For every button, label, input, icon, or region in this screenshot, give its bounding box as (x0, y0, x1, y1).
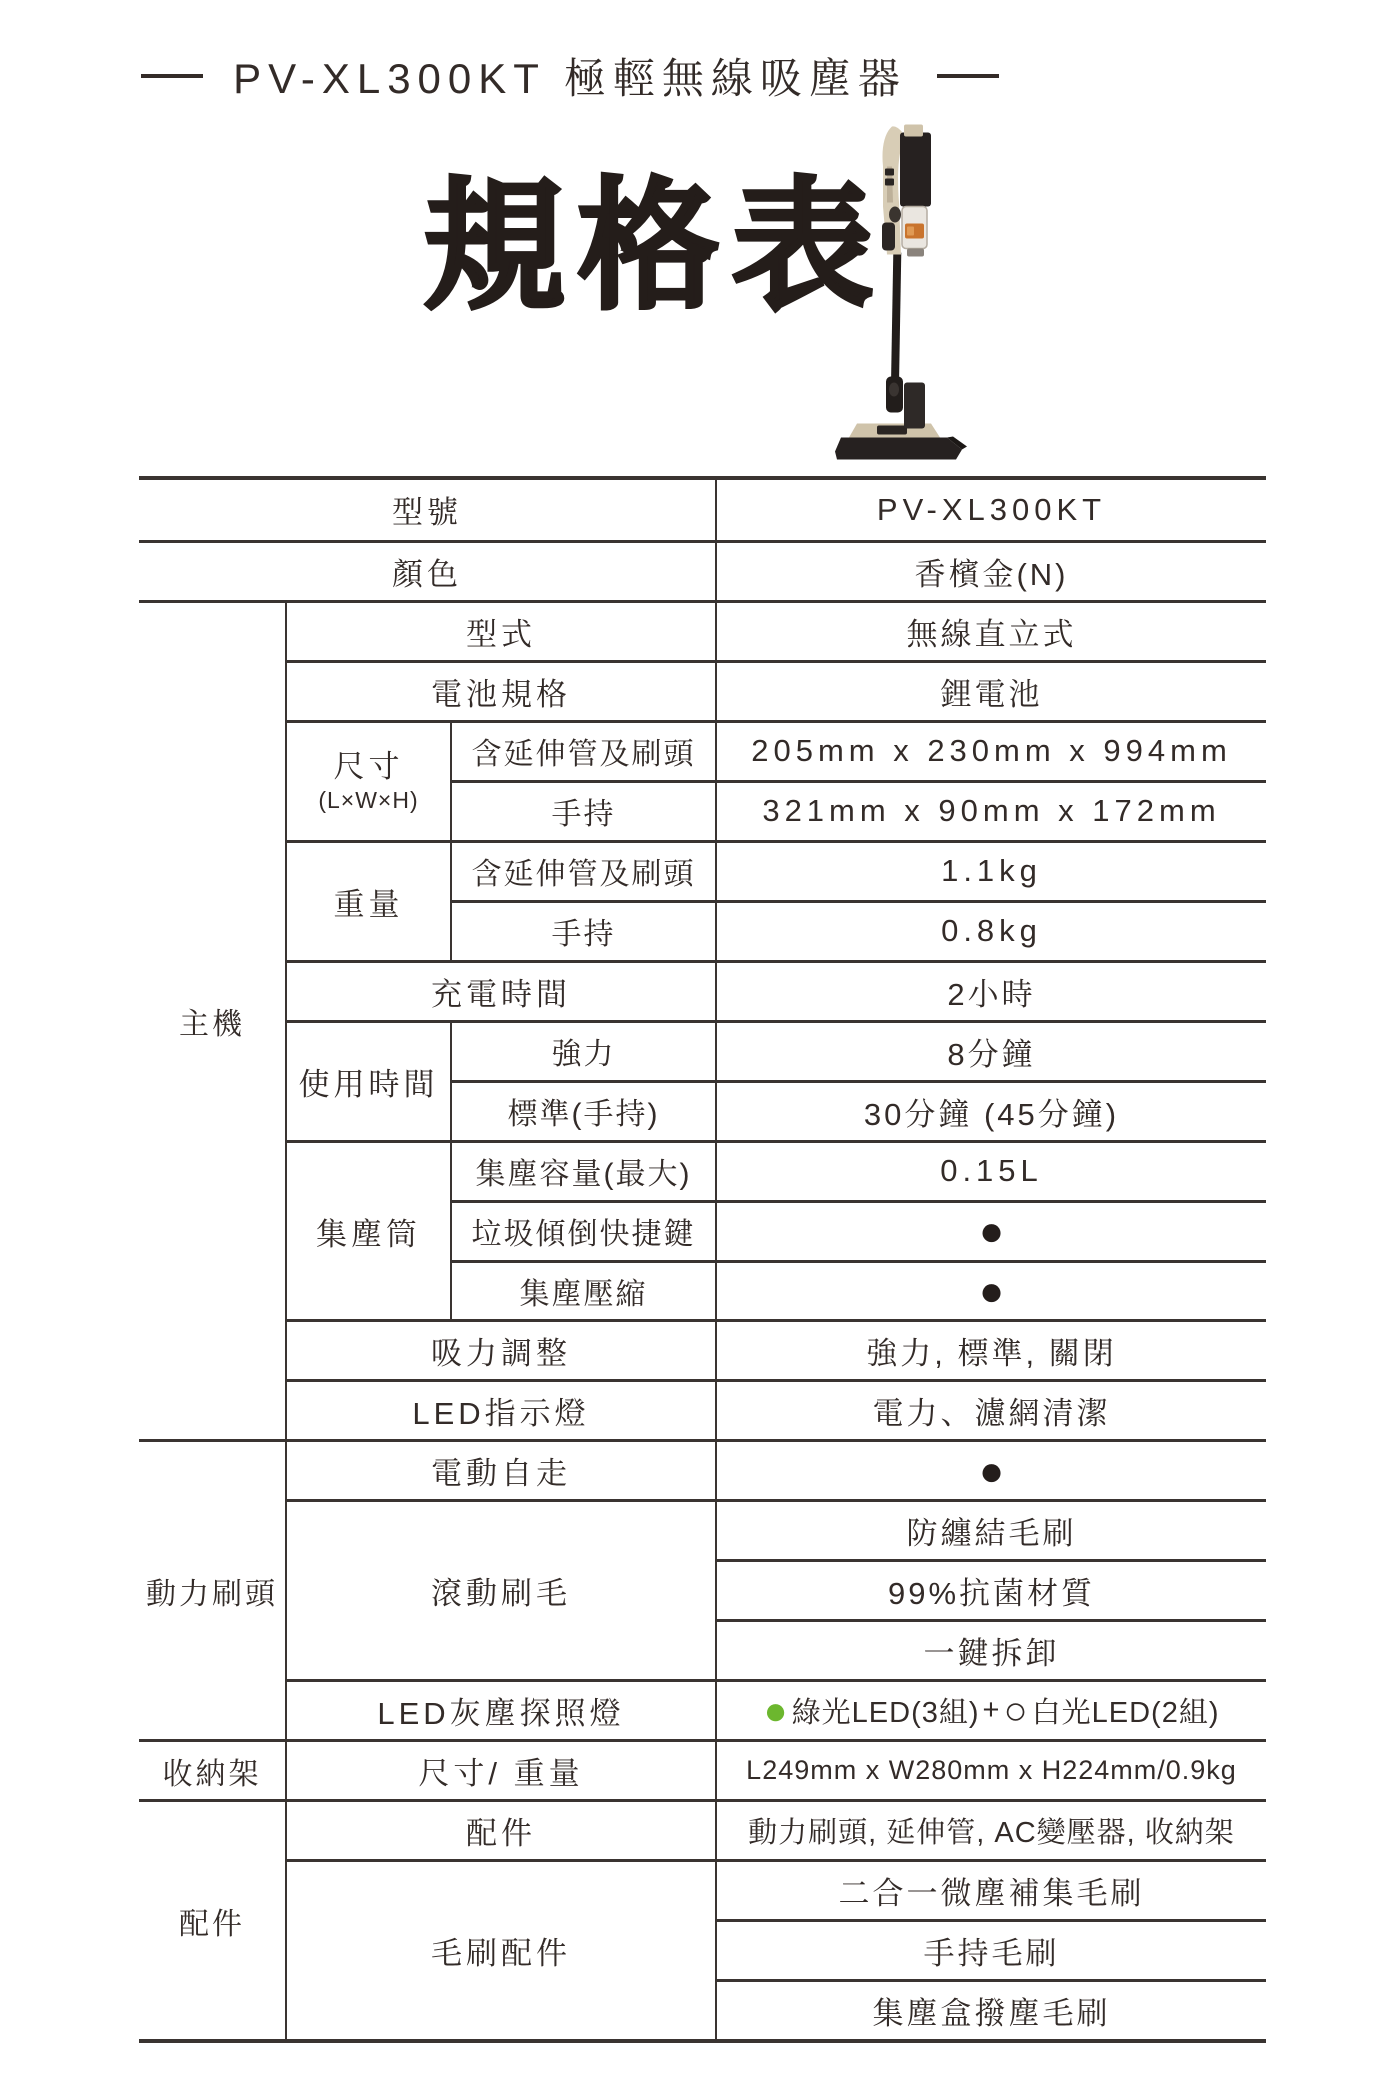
type-label: 型式 (285, 600, 715, 660)
color-value: 香檳金(N) (715, 540, 1266, 600)
category-main-unit: 主機 (139, 600, 285, 1439)
weight-handheld-label: 手持 (450, 900, 715, 960)
weight-with-pipe-label: 含延伸管及刷頭 (450, 840, 715, 900)
quick-empty-label: 垃圾傾倒快捷鍵 (450, 1200, 715, 1260)
header-dash-left-icon (141, 74, 203, 78)
rolling-brush-value-3: 一鍵拆卸 (715, 1619, 1266, 1679)
white-led-text: 白光LED(2組) (1032, 1690, 1220, 1731)
brush-accessories-value-3: 集塵盒撥塵毛刷 (715, 1979, 1266, 2039)
battery-value: 鋰電池 (715, 660, 1266, 720)
dimensions-handheld-value: 321mm x 90mm x 172mm (715, 780, 1266, 840)
led-headlight-label: LED灰塵探照燈 (285, 1679, 715, 1739)
charge-time-value: 2小時 (715, 960, 1266, 1020)
category-stand: 收納架 (139, 1739, 285, 1799)
dimensions-with-pipe-label: 含延伸管及刷頭 (450, 720, 715, 780)
category-accessories: 配件 (139, 1799, 285, 2039)
model-label: 型號 (139, 480, 715, 540)
suction-label: 吸力調整 (285, 1319, 715, 1379)
dimensions-with-pipe-value: 205mm x 230mm x 994mm (715, 720, 1266, 780)
accessories-label: 配件 (285, 1799, 715, 1859)
header: PV-XL300KT 極輕無線吸塵器 (130, 44, 1010, 108)
runtime-standard-label: 標準(手持) (450, 1080, 715, 1140)
vacuum-product-image (835, 106, 980, 462)
model-value: PV-XL300KT (715, 480, 1266, 540)
self-propel-value: ● (715, 1439, 1266, 1499)
dust-capacity-value: 0.15L (715, 1140, 1266, 1200)
dust-capacity-label: 集塵容量(最大) (450, 1140, 715, 1200)
self-propel-label: 電動自走 (285, 1439, 715, 1499)
runtime-standard-value: 30分鐘 (45分鐘) (715, 1080, 1266, 1140)
weight-label: 重量 (285, 840, 450, 960)
header-model-title: PV-XL300KT 極輕無線吸塵器 (233, 46, 907, 106)
runtime-strong-value: 8分鐘 (715, 1020, 1266, 1080)
runtime-strong-label: 強力 (450, 1020, 715, 1080)
stand-size-weight-value: L249mm x W280mm x H224mm/0.9kg (715, 1739, 1266, 1799)
battery-label: 電池規格 (285, 660, 715, 720)
dimensions-label-main: 尺寸 (334, 748, 404, 787)
dimensions-label: 尺寸 (L×W×H) (285, 720, 450, 840)
page-title: 規格表 (424, 176, 886, 317)
suction-value: 強力, 標準, 關閉 (715, 1319, 1266, 1379)
rolling-brush-value-2: 99%抗菌材質 (715, 1559, 1266, 1619)
header-dash-right-icon (937, 74, 999, 78)
rolling-brush-value-1: 防纏結毛刷 (715, 1499, 1266, 1559)
spec-table: 型號 PV-XL300KT 顏色 香檳金(N) 主機 型式 無線直立式 電池規格… (139, 476, 1266, 2043)
green-led-text: 綠光LED(3組) (792, 1690, 980, 1731)
charge-time-label: 充電時間 (285, 960, 715, 1020)
dimensions-label-sub: (L×W×H) (318, 786, 418, 815)
weight-handheld-value: 0.8kg (715, 900, 1266, 960)
weight-with-pipe-value: 1.1kg (715, 840, 1266, 900)
category-power-head: 動力刷頭 (139, 1439, 285, 1739)
dimensions-handheld-label: 手持 (450, 780, 715, 840)
quick-empty-value: ● (715, 1200, 1266, 1260)
stand-size-weight-label: 尺寸/ 重量 (285, 1739, 715, 1799)
led-indicator-label: LED指示燈 (285, 1379, 715, 1439)
led-indicator-value: 電力、濾網清潔 (715, 1379, 1266, 1439)
color-label: 顏色 (139, 540, 715, 600)
dust-cup-label: 集塵筒 (285, 1140, 450, 1320)
type-value: 無線直立式 (715, 600, 1266, 660)
brush-accessories-value-1: 二合一微塵補集毛刷 (715, 1859, 1266, 1919)
compress-label: 集塵壓縮 (450, 1260, 715, 1320)
brush-accessories-value-2: 手持毛刷 (715, 1919, 1266, 1979)
accessories-value: 動力刷頭, 延伸管, AC變壓器, 收納架 (715, 1799, 1266, 1859)
led-headlight-value: ● 綠光LED(3組) + ○ 白光LED(2組) (715, 1679, 1266, 1739)
rolling-brush-label: 滾動刷毛 (285, 1499, 715, 1679)
compress-value: ● (715, 1260, 1266, 1320)
brush-accessories-label: 毛刷配件 (285, 1859, 715, 2039)
plus-sign: + (983, 1694, 1001, 1727)
runtime-label: 使用時間 (285, 1020, 450, 1140)
